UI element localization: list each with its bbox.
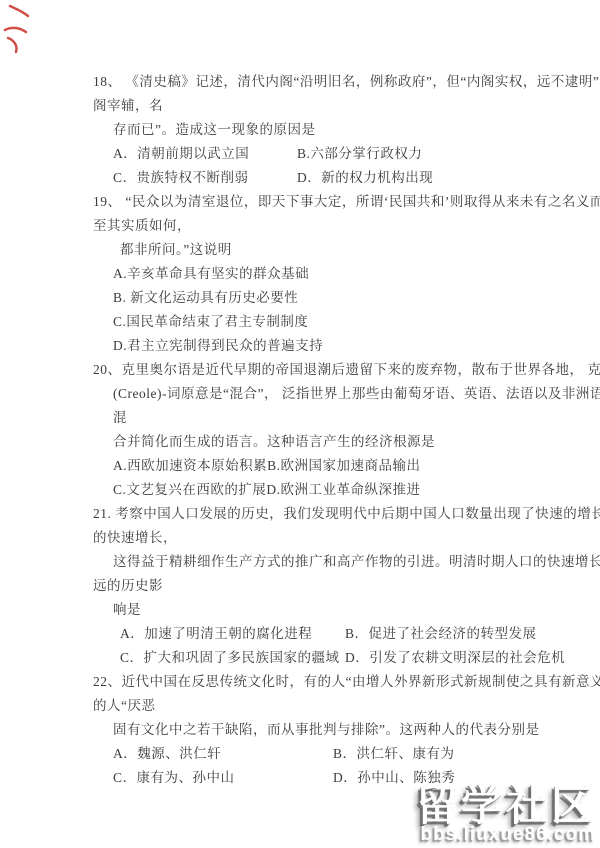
question-line: 固有文化中之若干缺陷，而从事批判与排除”。这两种人的代表分别是 — [90, 718, 570, 742]
question-line: A．魏源、洪仁轩B．洪仁轩、康有为 — [90, 742, 570, 766]
question-20: 20、克里奥尔语是近代早期的帝国退潮后遗留下来的废弃物，散布于世界各地， 克里奥… — [90, 358, 570, 502]
option-label: B.六部分掌行政权力 — [297, 146, 422, 161]
red-pen-mark-icon — [2, 2, 42, 54]
question-line: 响是 — [90, 598, 570, 622]
question-line: 19、 “民众以为清室退位，即天下事大定，所谓‘民国共和’则取得从来未有之名义而… — [90, 190, 570, 214]
question-line: 这得益于精耕细作生产方式的推广和高产作物的引进。明清时期人口的快速增长，最深 — [90, 550, 570, 574]
question-line: 20、克里奥尔语是近代早期的帝国退潮后遗留下来的废弃物，散布于世界各地， 克里奥… — [90, 358, 570, 382]
question-21: 21. 考察中国人口发展的历史，我们发现明代中后期中国人口数量出现了快速的增长。… — [90, 502, 570, 670]
option-label: C.文艺复兴在西欧的扩展 — [113, 478, 266, 502]
question-line: D.君主立宪制得到民众的普遍支持 — [90, 334, 570, 358]
question-18: 18、 《清史稿》记述，清代内阁“沿明旧名，例称政府”，但“内阁实权，远不逮明”… — [90, 70, 570, 190]
exam-page: 18、 《清史稿》记述，清代内阁“沿明旧名，例称政府”，但“内阁实权，远不逮明”… — [0, 0, 600, 848]
question-line: 21. 考察中国人口发展的历史，我们发现明代中后期中国人口数量出现了快速的增长。… — [90, 502, 570, 526]
question-line: A.辛亥革命具有坚实的群众基础 — [90, 262, 570, 286]
question-line: C.国民革命结束了君主专制制度 — [90, 310, 570, 334]
question-line: 的快速增长， — [90, 526, 570, 550]
question-line: A．加速了明清王朝的腐化进程B．促进了社会经济的转型发展 — [90, 622, 570, 646]
option-label: A.西欧加速资本原始积累 — [113, 454, 267, 478]
watermark-logo: 留学社区 — [416, 784, 596, 828]
watermark: 留学社区 bbs.liuxue86.com — [416, 784, 596, 846]
question-line: 的人“厌恶 — [90, 694, 570, 718]
question-line: A.西欧加速资本原始积累B.欧洲国家加速商品输出 — [90, 454, 570, 478]
option-label: B．洪仁轩、康有为 — [333, 746, 455, 761]
option-label: C．康有为、孙中山 — [113, 766, 333, 790]
option-label: A．清朝前期以武立国 — [113, 142, 297, 166]
question-line: 阁宰辅，名 — [90, 94, 570, 118]
question-line: 混 — [90, 406, 570, 430]
question-line: 22、近代中国在反思传统文化时，有的人“由增人外界新形式新规制使之具有新意义”，… — [90, 670, 570, 694]
exam-body: 18、 《清史稿》记述，清代内阁“沿明旧名，例称政府”，但“内阁实权，远不逮明”… — [90, 70, 570, 790]
question-line: C．扩大和巩固了多民族国家的疆域D．引发了农耕文明深层的社会危机 — [90, 646, 570, 670]
option-label: B．促进了社会经济的转型发展 — [345, 626, 537, 641]
option-label: A．加速了明清王朝的腐化进程 — [120, 622, 345, 646]
option-label: C．贵族特权不断削弱 — [113, 166, 297, 190]
question-line: C.文艺复兴在西欧的扩展D.欧洲工业革命纵深推进 — [90, 478, 570, 502]
question-line: C．贵族特权不断削弱D．新的权力机构出现 — [90, 166, 570, 190]
question-line: 存而已”。造成这一现象的原因是 — [90, 118, 570, 142]
option-label: A．魏源、洪仁轩 — [113, 742, 333, 766]
option-label: D．引发了农耕文明深层的社会危机 — [345, 650, 565, 665]
question-line: 至其实质如何， — [90, 214, 570, 238]
option-label: B.欧洲国家加速商品输出 — [267, 458, 420, 473]
question-line: 都非所问。”这说明 — [90, 238, 570, 262]
option-label: D．新的权力机构出现 — [297, 170, 433, 185]
question-22: 22、近代中国在反思传统文化时，有的人“由增人外界新形式新规制使之具有新意义”，… — [90, 670, 570, 790]
question-line: 合并简化而生成的语言。这种语言产生的经济根源是 — [90, 430, 570, 454]
question-line: (Creole)-词原意是“混合”， 泛指世界上那些由葡萄牙语、英语、法语以及非… — [90, 382, 570, 406]
question-line: 18、 《清史稿》记述，清代内阁“沿明旧名，例称政府”，但“内阁实权，远不逮明”… — [90, 70, 570, 94]
question-line: A．清朝前期以武立国B.六部分掌行政权力 — [90, 142, 570, 166]
question-19: 19、 “民众以为清室退位，即天下事大定，所谓‘民国共和’则取得从来未有之名义而… — [90, 190, 570, 358]
watermark-url: bbs.liuxue86.com — [416, 824, 596, 846]
question-line: B. 新文化运动具有历史必要性 — [90, 286, 570, 310]
question-line: 远的历史影 — [90, 574, 570, 598]
option-label: C．扩大和巩固了多民族国家的疆域 — [120, 646, 345, 670]
option-label: D.欧洲工业革命纵深推进 — [266, 482, 420, 497]
